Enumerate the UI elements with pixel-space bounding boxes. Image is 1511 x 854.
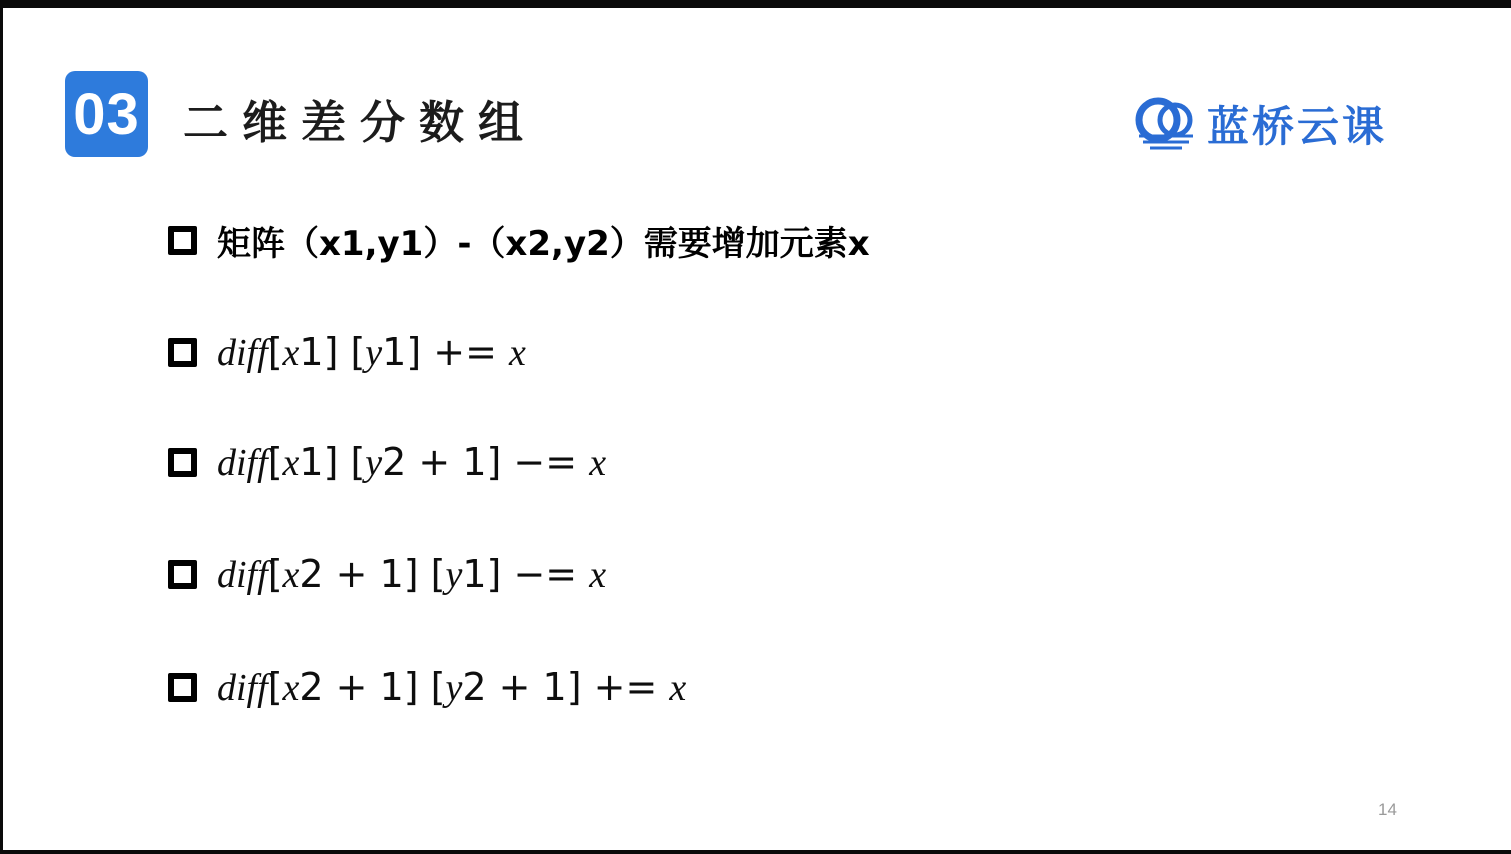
formula-part: x: [669, 667, 686, 709]
formula-part: diff: [217, 442, 268, 484]
lanqiao-double-circle-icon: [1133, 96, 1199, 152]
checkbox-bullet-icon: [168, 448, 197, 477]
checkbox-bullet-icon: [168, 673, 197, 702]
page-title: 二维差分数组: [183, 86, 537, 151]
lanqiao-logo: 蓝桥云课: [1133, 94, 1387, 154]
formula-part: [: [268, 440, 283, 484]
formula-diff-x2plus1-y1: diff[x2 + 1] [y1] −= x: [217, 552, 606, 597]
formula-part: [: [268, 665, 283, 709]
formula-part: 2 + 1] +=: [462, 665, 669, 709]
lanqiao-logo-text: 蓝桥云课: [1207, 94, 1387, 154]
formula-part: y: [365, 332, 382, 374]
formula-part: 1] [: [299, 440, 365, 484]
list-item: 矩阵（x1,y1）-（x2,y2）需要增加元素x: [168, 216, 870, 264]
bullet-heading-text: 矩阵（x1,y1）-（x2,y2）需要增加元素x: [217, 216, 870, 265]
checkbox-bullet-icon: [168, 338, 197, 367]
formula-part: [: [268, 552, 283, 596]
formula-diff-x1-y2plus1: diff[x1] [y2 + 1] −= x: [217, 440, 606, 485]
formula-part: x: [589, 442, 606, 484]
formula-diff-x1-y1: diff[x1] [y1] += x: [217, 330, 526, 375]
formula-part: 1] +=: [382, 330, 509, 374]
page-number: 14: [1378, 800, 1397, 820]
formula-part: x: [283, 554, 300, 596]
formula-part: x: [283, 667, 300, 709]
formula-part: diff: [217, 667, 268, 709]
formula-part: x: [283, 332, 300, 374]
formula-part: y: [365, 442, 382, 484]
formula-part: 1] −=: [462, 552, 589, 596]
list-item: diff[x1] [y1] += x: [168, 328, 526, 376]
formula-diff-x2plus1-y2plus1: diff[x2 + 1] [y2 + 1] += x: [217, 665, 686, 710]
list-item: diff[x1] [y2 + 1] −= x: [168, 438, 606, 486]
list-item: diff[x2 + 1] [y2 + 1] += x: [168, 663, 686, 711]
formula-part: [: [268, 330, 283, 374]
formula-part: diff: [217, 332, 268, 374]
section-number: 03: [73, 81, 140, 148]
formula-part: y: [445, 554, 462, 596]
checkbox-bullet-icon: [168, 226, 197, 255]
formula-part: 2 + 1] −=: [382, 440, 589, 484]
formula-part: x: [509, 332, 526, 374]
formula-part: diff: [217, 554, 268, 596]
formula-part: 2 + 1] [: [299, 552, 445, 596]
list-item: diff[x2 + 1] [y1] −= x: [168, 550, 606, 598]
formula-part: x: [283, 442, 300, 484]
formula-part: y: [445, 667, 462, 709]
formula-part: 2 + 1] [: [299, 665, 445, 709]
formula-part: x: [589, 554, 606, 596]
section-number-badge: 03: [65, 71, 148, 157]
formula-part: 1] [: [299, 330, 365, 374]
checkbox-bullet-icon: [168, 560, 197, 589]
